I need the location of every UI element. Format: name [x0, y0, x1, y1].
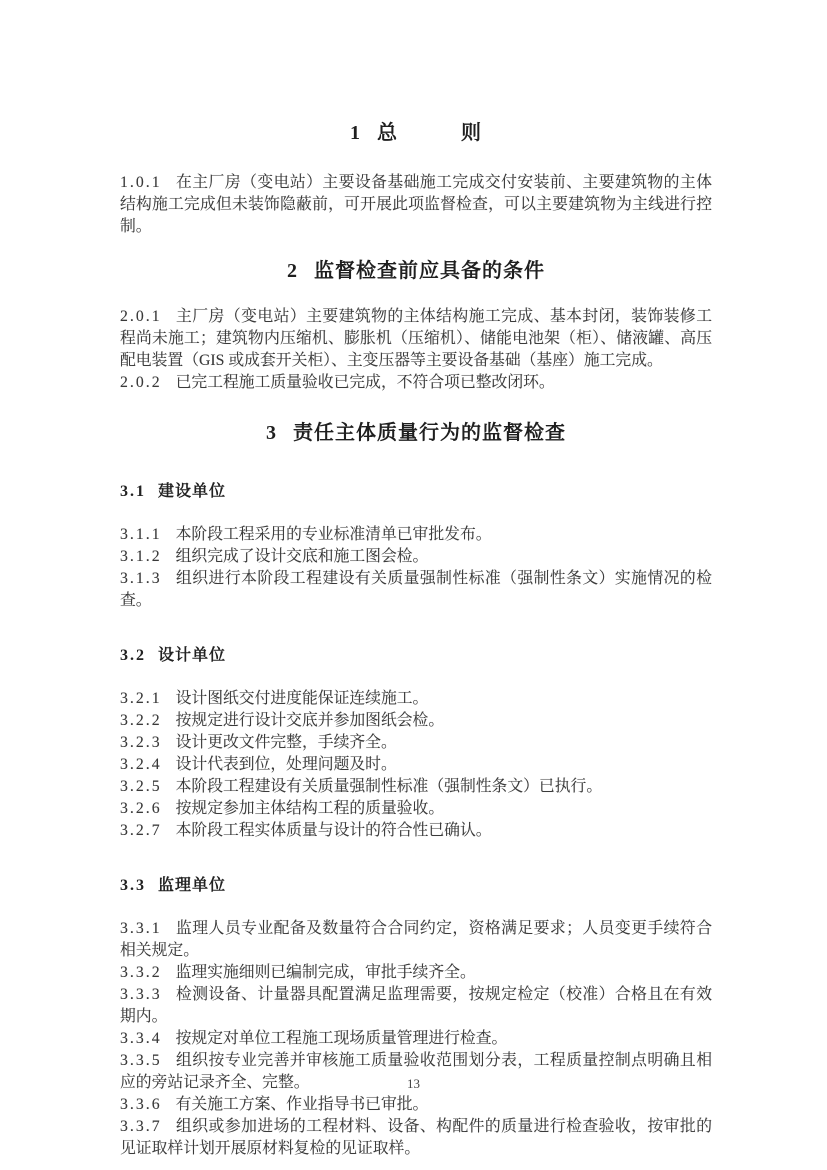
clause-text: 按规定参加主体结构工程的质量验收。: [176, 800, 445, 817]
subsection-number: 3.3: [120, 877, 146, 894]
subsection-title: 建设单位: [158, 483, 226, 500]
clause-3-1-1: 3.1.1本阶段工程采用的专业标准清单已审批发布。: [120, 524, 712, 546]
clause-number: 3.3.3: [120, 986, 162, 1003]
clause-text: 本阶段工程实体质量与设计的符合性已确认。: [176, 822, 492, 839]
clause-number: 3.1.3: [120, 570, 162, 587]
clause-number: 2.0.1: [120, 308, 162, 325]
clause-3-3-6: 3.3.6有关施工方案、作业指导书已审批。: [120, 1094, 712, 1116]
clause-number: 3.1.1: [120, 526, 162, 543]
subsection-number: 3.2: [120, 647, 146, 664]
page-content: 1总 则 1.0.1在主厂房（变电站）主要设备基础施工完成交付安装前、主要建筑物…: [120, 112, 712, 1160]
chapter-2-title: 监督检查前应具备的条件: [314, 260, 545, 282]
clause-text: 设计图纸交付进度能保证连续施工。: [176, 690, 429, 707]
clause-number: 3.3.1: [120, 920, 162, 937]
clause-3-2-5: 3.2.5本阶段工程建设有关质量强制性标准（强制性条文）已执行。: [120, 776, 712, 798]
clause-3-2-1: 3.2.1设计图纸交付进度能保证连续施工。: [120, 688, 712, 710]
document-page: 1总 则 1.0.1在主厂房（变电站）主要设备基础施工完成交付安装前、主要建筑物…: [0, 0, 827, 1170]
clause-number: 3.3.7: [120, 1118, 162, 1135]
clause-3-1-2: 3.1.2组织完成了设计交底和施工图会检。: [120, 546, 712, 568]
clause-number: 3.2.1: [120, 690, 162, 707]
clause-3-2-4: 3.2.4设计代表到位，处理问题及时。: [120, 754, 712, 776]
subsection-3-2-heading: 3.2设计单位: [120, 644, 712, 668]
clause-text: 本阶段工程建设有关质量强制性标准（强制性条文）已执行。: [176, 778, 603, 795]
clause-text: 在主厂房（变电站）主要设备基础施工完成交付安装前、主要建筑物的主体结构施工完成但…: [120, 174, 712, 235]
clause-text: 主厂房（变电站）主要建筑物的主体结构施工完成、基本封闭，装饰装修工程尚未施工；建…: [120, 308, 712, 369]
clause-text: 组织或参加进场的工程材料、设备、构配件的质量进行检查验收，按审批的见证取样计划开…: [120, 1118, 712, 1157]
clause-text: 按规定进行设计交底并参加图纸会检。: [176, 712, 445, 729]
chapter-3-title: 责任主体质量行为的监督检查: [293, 422, 566, 444]
clause-1-0-1: 1.0.1在主厂房（变电站）主要设备基础施工完成交付安装前、主要建筑物的主体结构…: [120, 172, 712, 238]
clause-3-3-4: 3.3.4按规定对单位工程施工现场质量管理进行检查。: [120, 1028, 712, 1050]
chapter-1-heading: 1总 则: [120, 118, 712, 148]
clause-number: 3.3.6: [120, 1096, 162, 1113]
clause-number: 3.2.2: [120, 712, 162, 729]
clause-text: 检测设备、计量器具配置满足监理需要，按规定检定（校准）合格且在有效期内。: [120, 986, 712, 1025]
clause-number: 3.3.2: [120, 964, 162, 981]
clause-2-0-1: 2.0.1主厂房（变电站）主要建筑物的主体结构施工完成、基本封闭，装饰装修工程尚…: [120, 306, 712, 372]
clause-2-0-2: 2.0.2已完工程施工质量验收已完成，不符合项已整改闭环。: [120, 372, 712, 394]
chapter-1-title: 总 则: [377, 122, 482, 144]
clause-number: 3.1.2: [120, 548, 162, 565]
clause-3-2-7: 3.2.7本阶段工程实体质量与设计的符合性已确认。: [120, 820, 712, 842]
chapter-2-number: 2: [287, 260, 298, 282]
clause-number: 3.2.7: [120, 822, 162, 839]
subsection-number: 3.1: [120, 483, 146, 500]
clause-number: 3.2.6: [120, 800, 162, 817]
subsection-3-3-heading: 3.3监理单位: [120, 874, 712, 898]
chapter-3-number: 3: [266, 422, 277, 444]
clause-text: 已完工程施工质量验收已完成，不符合项已整改闭环。: [176, 374, 555, 391]
clause-number: 3.3.5: [120, 1052, 162, 1069]
clause-text: 本阶段工程采用的专业标准清单已审批发布。: [176, 526, 492, 543]
clause-text: 监理实施细则已编制完成，审批手续齐全。: [176, 964, 476, 981]
clause-number: 1.0.1: [120, 174, 162, 191]
clause-text: 组织进行本阶段工程建设有关质量强制性标准（强制性条文）实施情况的检查。: [120, 570, 712, 609]
chapter-3-heading: 3责任主体质量行为的监督检查: [120, 418, 712, 448]
clause-number: 2.0.2: [120, 374, 162, 391]
clause-number: 3.2.3: [120, 734, 162, 751]
clause-3-2-3: 3.2.3设计更改文件完整，手续齐全。: [120, 732, 712, 754]
clause-3-2-2: 3.2.2按规定进行设计交底并参加图纸会检。: [120, 710, 712, 732]
clause-text: 设计代表到位，处理问题及时。: [176, 756, 397, 773]
clause-text: 按规定对单位工程施工现场质量管理进行检查。: [176, 1030, 508, 1047]
clause-3-1-3: 3.1.3组织进行本阶段工程建设有关质量强制性标准（强制性条文）实施情况的检查。: [120, 568, 712, 612]
clause-3-2-6: 3.2.6按规定参加主体结构工程的质量验收。: [120, 798, 712, 820]
clause-text: 组织完成了设计交底和施工图会检。: [176, 548, 429, 565]
subsection-title: 监理单位: [158, 877, 226, 894]
page-number: 13: [0, 1076, 827, 1092]
chapter-1-number: 1: [350, 122, 361, 144]
clause-number: 3.2.4: [120, 756, 162, 773]
subsection-title: 设计单位: [158, 647, 226, 664]
clause-text: 监理人员专业配备及数量符合合同约定，资格满足要求；人员变更手续符合相关规定。: [120, 920, 712, 959]
clause-number: 3.3.4: [120, 1030, 162, 1047]
clause-3-3-2: 3.3.2监理实施细则已编制完成，审批手续齐全。: [120, 962, 712, 984]
clause-number: 3.2.5: [120, 778, 162, 795]
chapter-2-heading: 2监督检查前应具备的条件: [120, 256, 712, 286]
clause-3-3-3: 3.3.3检测设备、计量器具配置满足监理需要，按规定检定（校准）合格且在有效期内…: [120, 984, 712, 1028]
subsection-3-1-heading: 3.1建设单位: [120, 480, 712, 504]
clause-3-3-1: 3.3.1监理人员专业配备及数量符合合同约定，资格满足要求；人员变更手续符合相关…: [120, 918, 712, 962]
clause-text: 有关施工方案、作业指导书已审批。: [176, 1096, 429, 1113]
clause-text: 设计更改文件完整，手续齐全。: [176, 734, 397, 751]
clause-3-3-7: 3.3.7组织或参加进场的工程材料、设备、构配件的质量进行检查验收，按审批的见证…: [120, 1116, 712, 1160]
